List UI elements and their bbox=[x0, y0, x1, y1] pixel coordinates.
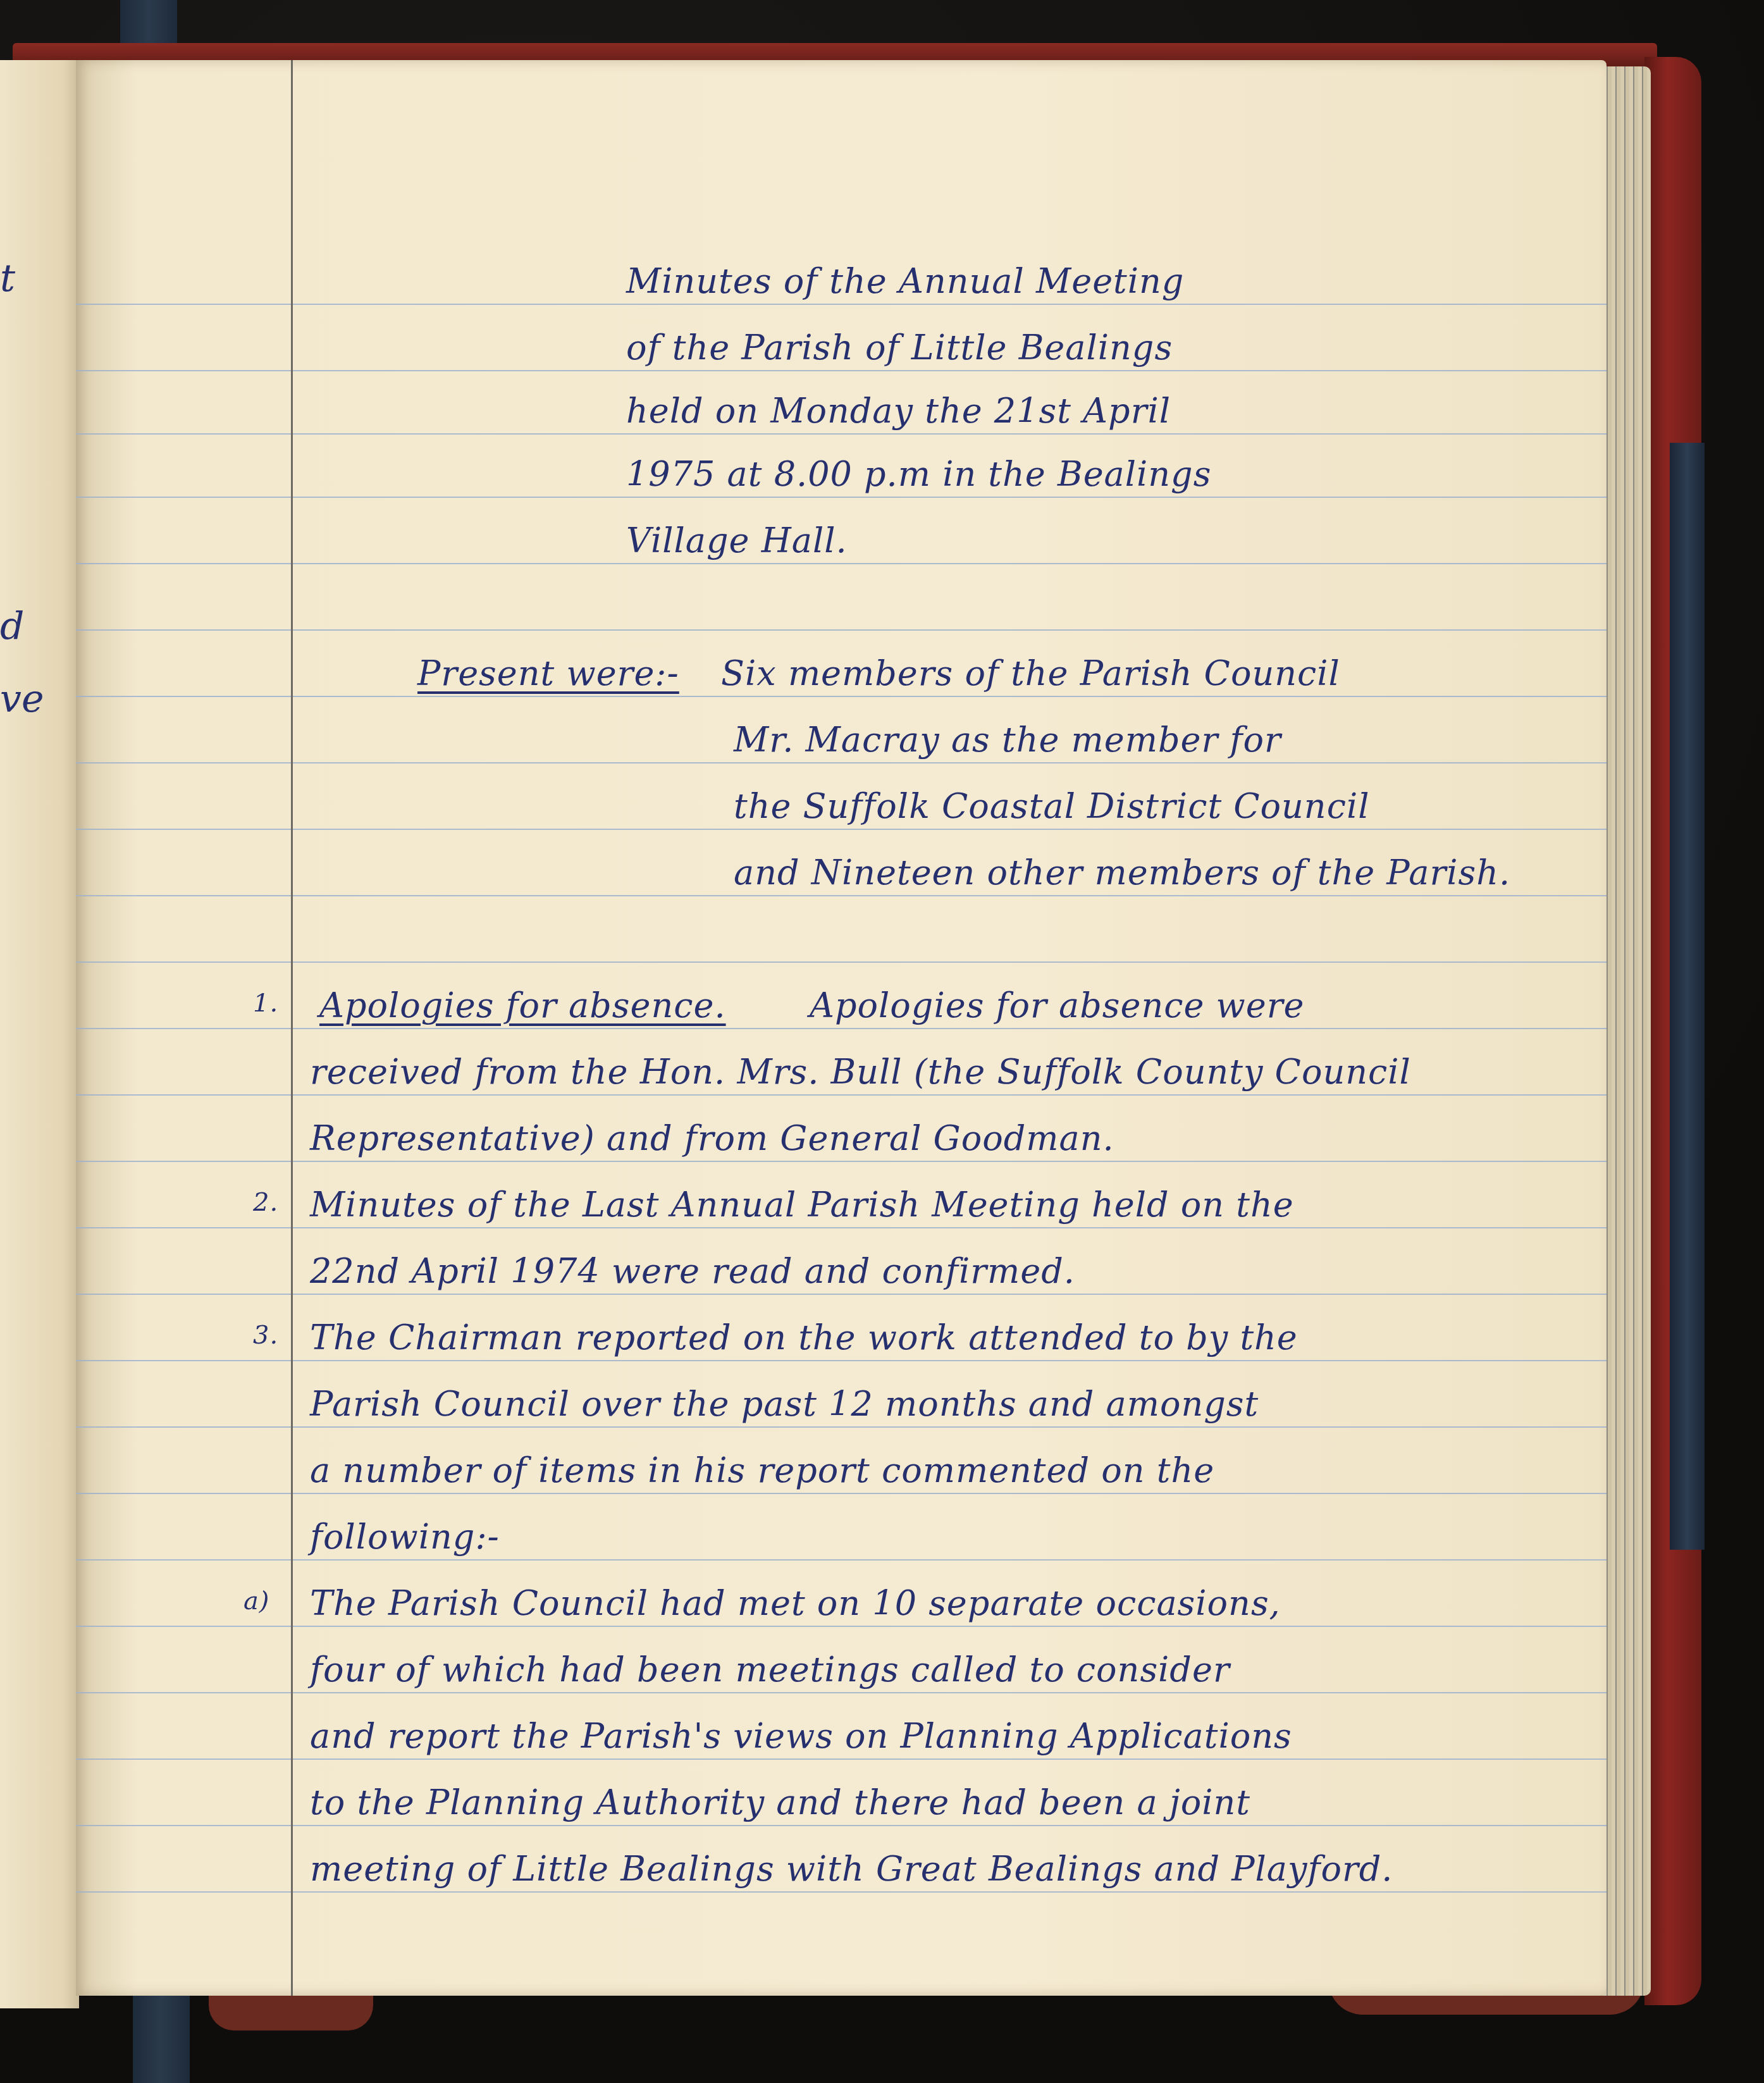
ruled-line bbox=[76, 629, 1607, 631]
ruled-line bbox=[76, 370, 1607, 371]
ruled-line bbox=[76, 762, 1607, 763]
present-line: Mr. Macray as the member for bbox=[734, 720, 1281, 760]
ruled-line bbox=[76, 1028, 1607, 1029]
ruled-line bbox=[76, 1891, 1607, 1893]
item-line: a number of items in his report commente… bbox=[310, 1450, 1214, 1490]
item-line: Apologies for absence were bbox=[810, 986, 1305, 1025]
ruled-line bbox=[76, 1294, 1607, 1295]
ruled-line bbox=[76, 433, 1607, 435]
item-number: 3. bbox=[253, 1321, 278, 1350]
ruled-line bbox=[76, 563, 1607, 564]
cloth-binding-right bbox=[1670, 443, 1705, 1550]
ruled-line bbox=[76, 1626, 1607, 1627]
item-line: The Parish Council had met on 10 separat… bbox=[310, 1583, 1281, 1623]
heading-line: Minutes of the Annual Meeting bbox=[626, 261, 1184, 301]
item-line: Representative) and from General Goodman… bbox=[310, 1118, 1114, 1158]
item-number: 2. bbox=[253, 1188, 278, 1217]
item-number: 1. bbox=[253, 989, 278, 1018]
ruled-line bbox=[76, 1161, 1607, 1162]
item-line: to the Planning Authority and there had … bbox=[310, 1783, 1250, 1822]
ruled-line bbox=[76, 829, 1607, 830]
item-line: The Chairman reported on the work attend… bbox=[310, 1318, 1298, 1357]
margin-line bbox=[291, 60, 293, 1996]
ruled-line bbox=[76, 1559, 1607, 1561]
ruled-line bbox=[76, 497, 1607, 498]
item-number: a) bbox=[244, 1586, 269, 1616]
ruled-line bbox=[76, 1692, 1607, 1693]
left-page-fragment: t bbox=[0, 256, 15, 300]
item-line: and report the Parish's views on Plannin… bbox=[310, 1716, 1292, 1756]
item-line: received from the Hon. Mrs. Bull (the Su… bbox=[310, 1052, 1411, 1092]
present-line: and Nineteen other members of the Parish… bbox=[734, 853, 1510, 893]
heading-line: Village Hall. bbox=[626, 521, 848, 560]
present-line: the Suffolk Coastal District Council bbox=[734, 786, 1369, 826]
left-page-fragment: ve bbox=[0, 677, 44, 721]
heading-line: held on Monday the 21st April bbox=[626, 391, 1171, 431]
ruled-line bbox=[76, 1825, 1607, 1826]
ruled-line bbox=[76, 1227, 1607, 1228]
heading-line: 1975 at 8.00 p.m in the Bealings bbox=[626, 454, 1211, 494]
item-title: Apologies for absence. bbox=[319, 986, 726, 1025]
item-line: four of which had been meetings called t… bbox=[310, 1650, 1230, 1690]
ruled-line bbox=[76, 304, 1607, 305]
item-line: Minutes of the Last Annual Parish Meetin… bbox=[310, 1185, 1294, 1225]
heading-line: of the Parish of Little Bealings bbox=[626, 328, 1173, 368]
ruled-line bbox=[76, 1758, 1607, 1760]
ruled-line bbox=[76, 961, 1607, 963]
item-line: 22nd April 1974 were read and confirmed. bbox=[310, 1251, 1075, 1291]
ruled-line bbox=[76, 1094, 1607, 1096]
ruled-line bbox=[76, 895, 1607, 896]
item-line: following:- bbox=[310, 1517, 500, 1557]
ruled-line bbox=[76, 1493, 1607, 1494]
book-spine-bottom bbox=[133, 1993, 190, 2083]
minute-book-page: Minutes of the Annual Meeting of the Par… bbox=[76, 60, 1607, 1996]
leather-binding-bottom-left bbox=[209, 1993, 373, 2030]
ruled-line bbox=[76, 1360, 1607, 1361]
present-line: Six members of the Parish Council bbox=[721, 653, 1340, 693]
ruled-line bbox=[76, 1426, 1607, 1428]
item-line: Parish Council over the past 12 months a… bbox=[310, 1384, 1259, 1424]
ruled-line bbox=[76, 696, 1607, 697]
left-page-fragment: d bbox=[0, 604, 24, 648]
item-line: meeting of Little Bealings with Great Be… bbox=[310, 1849, 1393, 1889]
left-facing-page: t d ve bbox=[0, 60, 79, 2008]
present-label: Present were:- bbox=[417, 653, 679, 693]
